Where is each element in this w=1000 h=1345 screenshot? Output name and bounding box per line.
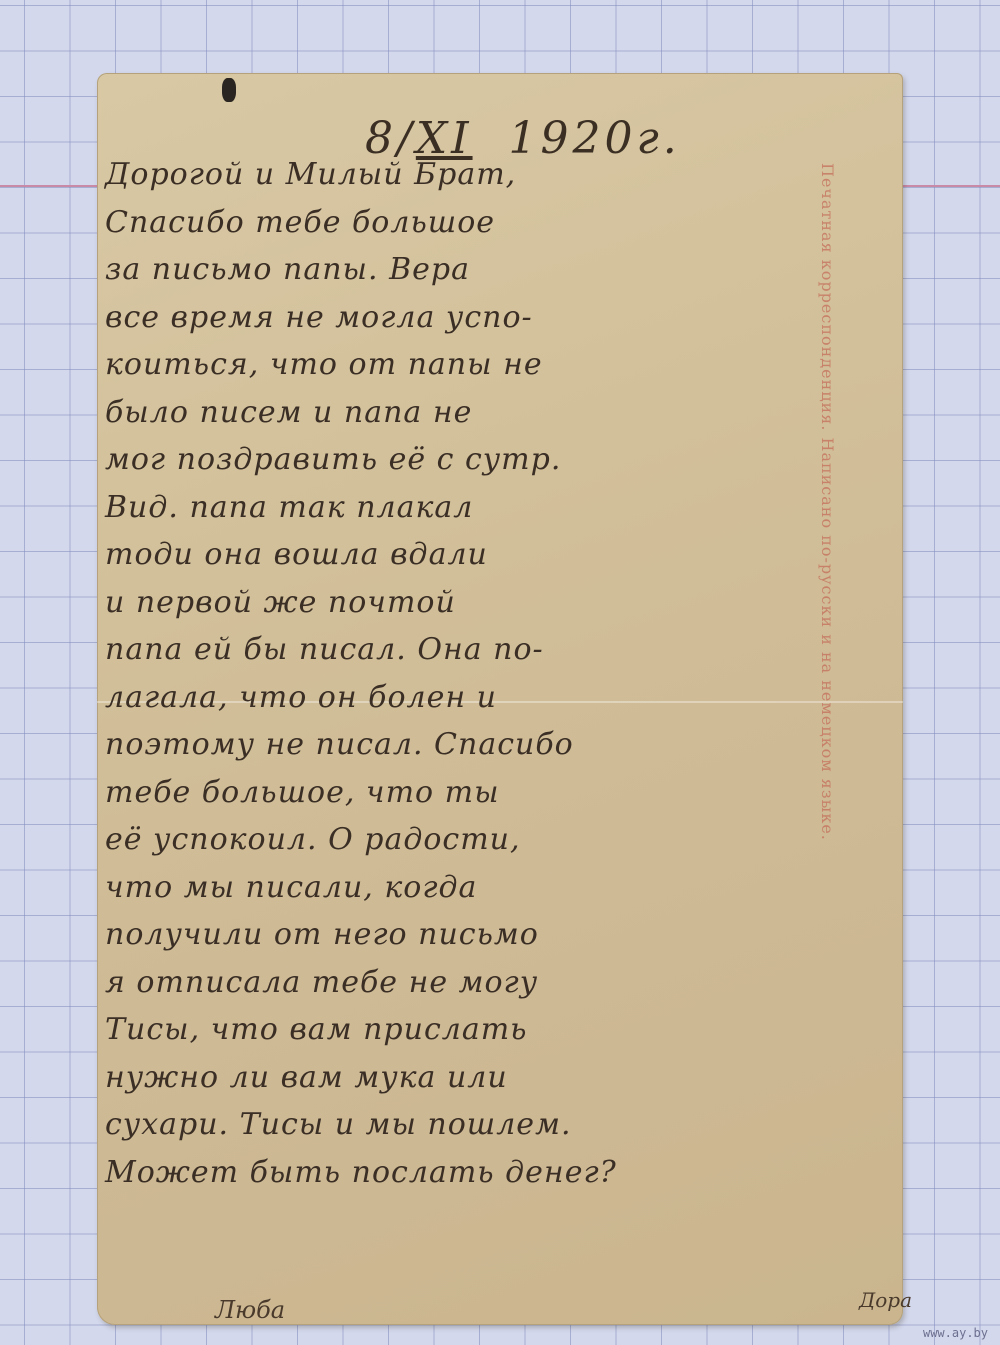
letter-line: сухари. Тисы и мы пошлем. (105, 1101, 875, 1149)
letter-line: Дорогой и Милый Брат, (105, 151, 875, 199)
letter-line: Тисы, что вам прислать (105, 1006, 875, 1054)
printed-side-text: Печатная корреспонденция. Написано по-ру… (817, 163, 837, 1163)
letter-line: папа ей бы писал. Она по- (105, 626, 875, 674)
letter-line: Спасибо тебе большое (105, 199, 875, 247)
letter-line: коиться, что от папы не (105, 341, 875, 389)
signature: Люба (215, 1296, 285, 1324)
letter-line: я отписала тебе не могу (105, 959, 875, 1007)
letter-line: тебе большое, что ты (105, 769, 875, 817)
letter-line: тоди она вошла вдали (105, 531, 875, 579)
letter-line: за письмо папы. Вера (105, 246, 875, 294)
letter-line: Вид. папа так плакал (105, 484, 875, 532)
letter-line: все время не могла успо- (105, 294, 875, 342)
postcard: 8/XI 1920г. Дорогой и Милый Брат, Спасиб… (97, 73, 903, 1325)
letter-line: было писем и папа не (105, 389, 875, 437)
postscript: Дора (859, 1288, 912, 1312)
letter-body: Дорогой и Милый Брат, Спасибо тебе больш… (105, 151, 875, 1196)
letter-line: её успокоил. О радости, (105, 816, 875, 864)
letter-line: что мы писали, когда (105, 864, 875, 912)
letter-line: получили от него письмо (105, 911, 875, 959)
letter-line: нужно ли вам мука или (105, 1054, 875, 1102)
letter-line: лагала, что он болен и (105, 674, 875, 722)
watermark: www.ay.by (923, 1326, 988, 1340)
letter-line: мог поздравить её с сутр. (105, 436, 875, 484)
letter-line: Может быть послать денег? (105, 1149, 875, 1197)
ink-blot (222, 78, 236, 102)
letter-line: и первой же почтой (105, 579, 875, 627)
letter-line: поэтому не писал. Спасибо (105, 721, 875, 769)
